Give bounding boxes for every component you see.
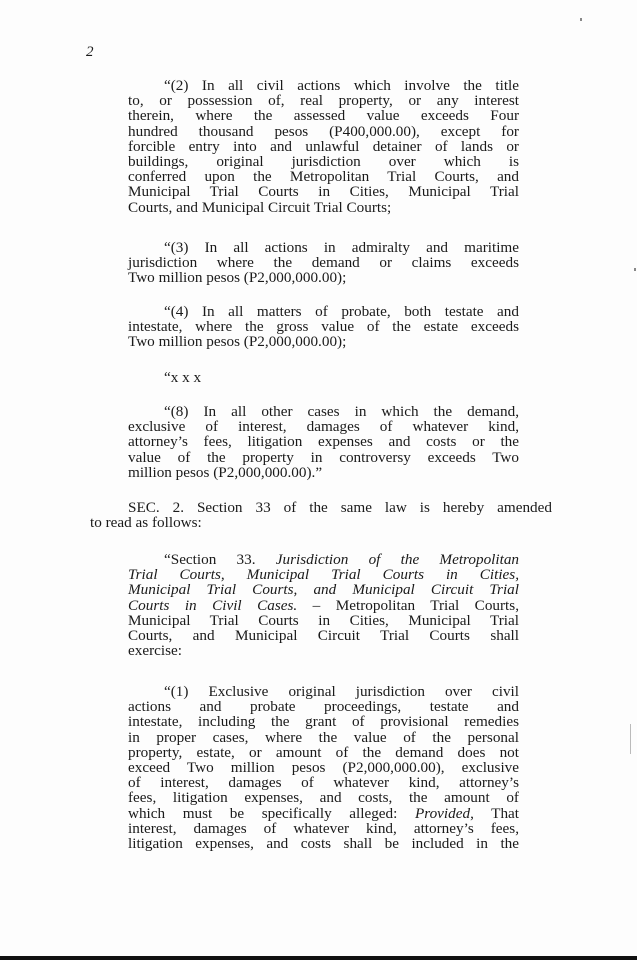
text-line: “(3) In all actions in admiralty and mar… <box>128 240 519 255</box>
scan-mark <box>630 724 631 754</box>
ellipsis-xxx: “x x x <box>128 370 555 385</box>
paragraph-8: “(8) In all other cases in which the dem… <box>128 404 519 480</box>
text-line: jurisdiction where the demand or claims … <box>128 255 519 270</box>
text-line: intestate, including the grant of provis… <box>128 714 519 729</box>
paragraph-4: “(4) In all matters of probate, both tes… <box>128 304 519 350</box>
scan-speck <box>634 268 636 271</box>
paragraph-2: “(2) In all civil actions which involve … <box>128 78 519 215</box>
paragraph-1-text: interest, damages of whatever kind, atto… <box>128 821 519 836</box>
text-line: “(8) In all other cases in which the dem… <box>128 404 519 419</box>
page-number: 2 <box>86 44 94 61</box>
text-line: “(1) Exclusive original jurisdiction ove… <box>128 684 519 699</box>
text-line: conferred upon the Metropolitan Trial Co… <box>128 169 519 184</box>
scan-speck <box>580 18 582 21</box>
text-line: actions and probate proceedings, testate… <box>128 699 519 714</box>
section-33-text: exercise: <box>128 643 519 658</box>
paragraph-1: “(1) Exclusive original jurisdiction ove… <box>128 684 519 851</box>
text-line: Courts, and Municipal Circuit Trial Cour… <box>128 200 519 215</box>
text-line: value of the property in controversy exc… <box>128 450 519 465</box>
text-line: attorney’s fees, litigation expenses and… <box>128 434 519 449</box>
text-line: hundred thousand pesos (P400,000.00), ex… <box>128 124 519 139</box>
bottom-edge <box>0 956 637 960</box>
text-line: buildings, original jurisdiction over wh… <box>128 154 519 169</box>
section-33-heading: “Section 33. Jurisdiction of the Metropo… <box>128 552 519 658</box>
text-line: fees, litigation expenses, and costs, th… <box>128 790 519 805</box>
text-line: “(2) In all civil actions which involve … <box>128 78 519 93</box>
text-line: “(4) In all matters of probate, both tes… <box>128 304 519 319</box>
section-33-text: Municipal Trial Courts in Cities, Munici… <box>128 613 519 628</box>
text-line: to, or possession of, real property, or … <box>128 93 519 108</box>
text-line: Two million pesos (P2,000,000.00); <box>128 270 519 285</box>
section-2-intro: SEC. 2. Section 33 of the same law is he… <box>90 500 552 530</box>
text-line: property, estate, or amount of the deman… <box>128 745 519 760</box>
text-line: of interest, damages of whatever kind, a… <box>128 775 519 790</box>
text-line: Two million pesos (P2,000,000.00); <box>128 334 519 349</box>
text-line: in proper cases, where the value of the … <box>128 730 519 745</box>
text-line: exceed Two million pesos (P2,000,000.00)… <box>128 760 519 775</box>
text-line: forcible entry into and unlawful detaine… <box>128 139 519 154</box>
paragraph-1-lines: “(1) Exclusive original jurisdiction ove… <box>128 684 519 806</box>
paragraph-3: “(3) In all actions in admiralty and mar… <box>128 240 519 286</box>
text-line: therein, where the assessed value exceed… <box>128 108 519 123</box>
text-line: to read as follows: <box>90 515 552 530</box>
text-line: intestate, where the gross value of the … <box>128 319 519 334</box>
text-line: Municipal Trial Courts in Cities, Munici… <box>128 184 519 199</box>
section-33-text: Courts, and Municipal Circuit Trial Cour… <box>128 628 519 643</box>
text-line: million pesos (P2,000,000.00).” <box>128 465 519 480</box>
text-line: SEC. 2. Section 33 of the same law is he… <box>90 500 552 515</box>
paragraph-1-text: litigation expenses, and costs shall be … <box>128 836 519 851</box>
text-line: exclusive of interest, damages of whatev… <box>128 419 519 434</box>
